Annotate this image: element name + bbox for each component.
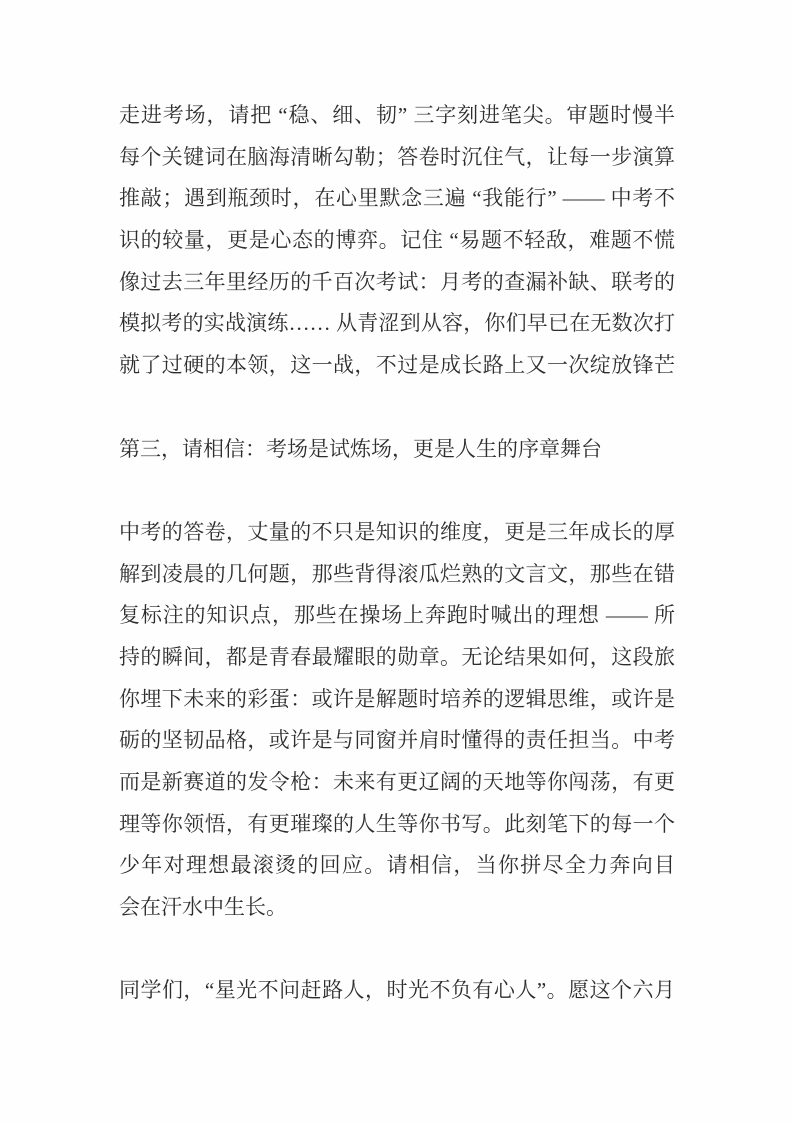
paragraph-closing: 同学们，“星光不问赶路人，时光不负有心人”。愿这个六月成为你生: [119, 970, 675, 1012]
section-heading: 第三，请相信：考场是试炼场，更是人生的序章舞台: [119, 429, 675, 471]
paragraph-exam-mindset: 走进考场，请把 “稳、细、韧” 三字刻进笔尖。审题时慢半拍，让 每个关键词在脑海…: [119, 95, 675, 387]
text-line: 推敲；遇到瓶颈时，在心里默念三遍 “我能行” —— 中考不仅是知: [119, 178, 675, 220]
text-line: 持的瞬间，都是青春最耀眼的勋章。无论结果如何，这段旅程早已为: [119, 637, 675, 679]
paragraph-section-heading: 第三，请相信：考场是试炼场，更是人生的序章舞台: [119, 429, 675, 471]
text-line: 复标注的知识点，那些在操场上奔跑时喊出的理想 —— 所有咬牙坚: [119, 595, 675, 637]
text-line: 中考的答卷，丈量的不只是知识的维度，更是三年成长的厚度。那些: [119, 512, 675, 554]
text-line: 就了过硬的本领，这一战，不过是成长路上又一次绽放锋芒的机会。: [119, 345, 675, 387]
text-line: 理等你领悟，有更璀璨的人生等你书写。此刻笔下的每一个字，都是: [119, 804, 675, 846]
paragraph-growth: 中考的答卷，丈量的不只是知识的维度，更是三年成长的厚度。那些 解到凌晨的几何题，…: [119, 512, 675, 929]
text-line: 模拟考的实战演练…… 从青涩到从容，你们早已在无数次打磨中铸: [119, 303, 675, 345]
text-line: 识的较量，更是心态的博弈。记住 “易题不轻敌，难题不慌乱”，就: [119, 220, 675, 262]
text-line: 砺的坚韧品格，或许是与同窗并肩时懂得的责任担当。中考不是终点，: [119, 720, 675, 762]
text-line: 走进考场，请把 “稳、细、韧” 三字刻进笔尖。审题时慢半拍，让: [119, 95, 675, 137]
text-line: 解到凌晨的几何题，那些背得滚瓜烂熟的文言文，那些在错题本上反: [119, 554, 675, 596]
text-line: 少年对理想最滚烫的回应。请相信，当你拼尽全力奔向目标，奇迹自: [119, 845, 675, 887]
text-line: 每个关键词在脑海清晰勾勒；答卷时沉住气，让每一步演算都经得起: [119, 137, 675, 179]
text-line: 而是新赛道的发令枪：未来有更辽阔的天地等你闯荡，有更深刻的哲: [119, 762, 675, 804]
text-line: 同学们，“星光不问赶路人，时光不负有心人”。愿这个六月成为你生: [119, 970, 675, 1012]
text-line: 像过去三年里经历的千百次考试：月考的查漏补缺、联考的沙场练兵、: [119, 262, 675, 304]
text-line: 你埋下未来的彩蛋：或许是解题时培养的逻辑思维，或许是熬夜时磨: [119, 679, 675, 721]
text-line: 会在汗水中生长。: [119, 887, 675, 929]
document-page: 走进考场，请把 “稳、细、韧” 三字刻进笔尖。审题时慢半拍，让 每个关键词在脑海…: [0, 0, 793, 1122]
text-block: 走进考场，请把 “稳、细、韧” 三字刻进笔尖。审题时慢半拍，让 每个关键词在脑海…: [119, 95, 675, 1054]
